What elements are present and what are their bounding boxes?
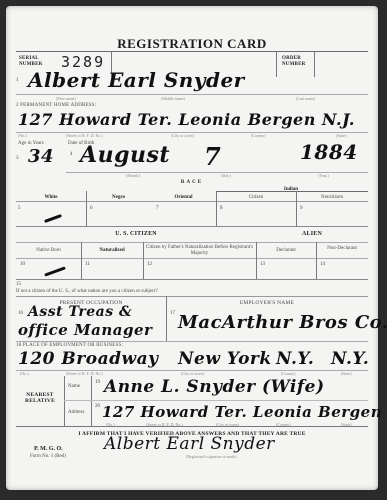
sublabel-street: (Street or R. F. D. No.): [146, 422, 183, 427]
divider: [16, 201, 368, 202]
employment-city: New York: [178, 349, 272, 369]
sublabel-year: (Year.): [318, 173, 329, 178]
indian-header: Indian: [216, 187, 366, 193]
field-number: 15: [16, 282, 21, 287]
race-col-oriental: Oriental: [151, 195, 216, 201]
birth-month: August: [80, 142, 170, 168]
form-number-label: Form No. 1 (Red): [30, 454, 66, 460]
divider: [296, 191, 297, 226]
citizen-col-naturalized: Naturalized: [81, 248, 143, 254]
divider: [16, 426, 368, 427]
relative-address: 127 Howard Ter. Leonia Bergen N.J.: [102, 403, 387, 421]
race-header: RACE: [6, 180, 378, 186]
field-number: 5: [18, 206, 21, 211]
divider: [16, 226, 368, 227]
field-number: 19: [95, 380, 100, 385]
field-number: 18: [16, 343, 21, 348]
divider: [314, 51, 315, 77]
field-number: 9: [300, 206, 303, 211]
sublabel-no: (No.): [20, 371, 29, 376]
sublabel-day: (Day.): [221, 173, 231, 178]
native-born-checkmark: [44, 266, 66, 276]
alien-header: ALIEN: [256, 231, 368, 238]
field-number: 8: [220, 206, 223, 211]
field-number: 11: [85, 262, 90, 267]
divider: [143, 242, 144, 279]
field-number: 3: [16, 156, 19, 161]
employer-name: MacArthur Bros Co.: [178, 312, 387, 333]
registrant-signature: Albert Earl Snyder: [104, 434, 275, 454]
alien-col-non-declarant: Non-Declarant: [316, 246, 368, 252]
citizen-col-by-father: Citizen by Father's Naturalization Befor…: [143, 245, 256, 256]
order-number-label: ORDER NUMBER: [282, 56, 312, 67]
relative-address-label: Address: [68, 410, 84, 416]
divider: [216, 191, 217, 226]
race-white-checkmark: [44, 214, 62, 223]
divider: [16, 51, 368, 52]
sublabel-street: (Street or R. F. D. No.): [66, 371, 103, 376]
field-number: 2: [16, 103, 19, 108]
alien-col-declarant: Declarant: [256, 248, 316, 254]
registration-card: REGISTRATION CARD SERIAL NUMBER 3289 ORD…: [6, 6, 378, 490]
sublabel-city: (City or town): [216, 422, 239, 427]
nation-question: If not a citizen of the U. S., of what n…: [16, 289, 158, 295]
sublabel-first-name: (First name): [56, 96, 76, 101]
relative-name: Anne L. Snyder (Wife): [104, 377, 325, 397]
employment-street: 120 Broadway: [18, 349, 159, 369]
age-value: 34: [28, 146, 54, 167]
employment-place-label-text: PLACE OF EMPLOYMENT OR BUSINESS:: [23, 343, 123, 348]
registrant-name: Albert Earl Snyder: [28, 68, 245, 92]
sublabel-state: (State): [341, 371, 352, 376]
pmgo-label: P. M. G. O.: [34, 446, 63, 453]
relative-name-label: Name: [68, 384, 80, 390]
divider: [86, 191, 87, 226]
divider: [256, 242, 257, 279]
birth-day: 7: [204, 142, 221, 171]
signature-caption: (Registrant's signature or mark): [186, 454, 237, 459]
divider: [81, 242, 82, 279]
sublabel-state: (State): [336, 133, 347, 138]
divider: [16, 94, 368, 95]
card-title: REGISTRATION CARD: [6, 36, 378, 52]
divider: [64, 376, 65, 426]
race-col-negro: Negro: [86, 195, 151, 201]
divider: [91, 376, 92, 426]
sublabel-county: (County): [281, 371, 295, 376]
nearest-relative-label: NEAREST RELATIVE: [16, 392, 64, 404]
sublabel-city: (City or town): [171, 133, 194, 138]
home-address-label: 2 PERMANENT HOME ADDRESS:: [16, 103, 96, 109]
field-number: 4: [70, 152, 73, 157]
occupation-line1: Asst Treas &: [28, 304, 132, 320]
divider: [16, 279, 368, 280]
race-col-indian-citizen: Citizen: [216, 195, 296, 201]
field-number: 1: [16, 78, 19, 83]
divider: [16, 296, 368, 297]
sublabel-month: (Month.): [126, 173, 140, 178]
employer-header: EMPLOYER'S NAME: [166, 300, 368, 306]
field-number: 13: [260, 262, 265, 267]
sublabel-state: (State): [341, 422, 352, 427]
field-number: 17: [170, 311, 175, 316]
sublabel-middle-name: (Middle name): [161, 96, 185, 101]
field-number: 7: [156, 206, 159, 211]
serial-number-label: SERIAL NUMBER: [19, 56, 53, 67]
divider: [166, 296, 167, 341]
citizen-col-native-born: Native Born: [16, 248, 81, 254]
sublabel-county: (County): [276, 422, 290, 427]
divider: [316, 242, 317, 279]
sublabel-no: (No.): [18, 133, 27, 138]
employment-county: N.Y.: [276, 349, 314, 369]
divider: [64, 400, 368, 401]
sublabel-county: (County): [251, 133, 265, 138]
sublabel-no: (No.): [106, 422, 115, 427]
field-number: 16: [18, 311, 23, 316]
field-number: 14: [320, 262, 325, 267]
race-col-white: White: [16, 195, 86, 201]
employment-state: N.Y.: [331, 349, 369, 369]
us-citizen-header: U. S. CITIZEN: [16, 231, 256, 238]
sublabel-street: (Street or R. F. D. No.): [66, 133, 103, 138]
home-address-label-text: PERMANENT HOME ADDRESS:: [20, 103, 96, 108]
sublabel-last-name: (Last name): [296, 96, 315, 101]
home-address-value: 127 Howard Ter. Leonia Bergen N.J.: [18, 110, 355, 129]
divider: [276, 51, 277, 77]
birth-year: 1884: [300, 140, 358, 164]
divider: [16, 341, 368, 342]
occupation-line2: office Manager: [18, 321, 152, 339]
sublabel-city: (City or town): [181, 371, 204, 376]
field-number: 12: [147, 262, 152, 267]
field-number: 20: [95, 404, 100, 409]
field-number: 10: [20, 262, 25, 267]
race-col-indian-noncitizen: Noncitizen: [296, 195, 368, 201]
employment-place-label: 18 PLACE OF EMPLOYMENT OR BUSINESS:: [16, 343, 123, 349]
field-number: 6: [90, 206, 93, 211]
